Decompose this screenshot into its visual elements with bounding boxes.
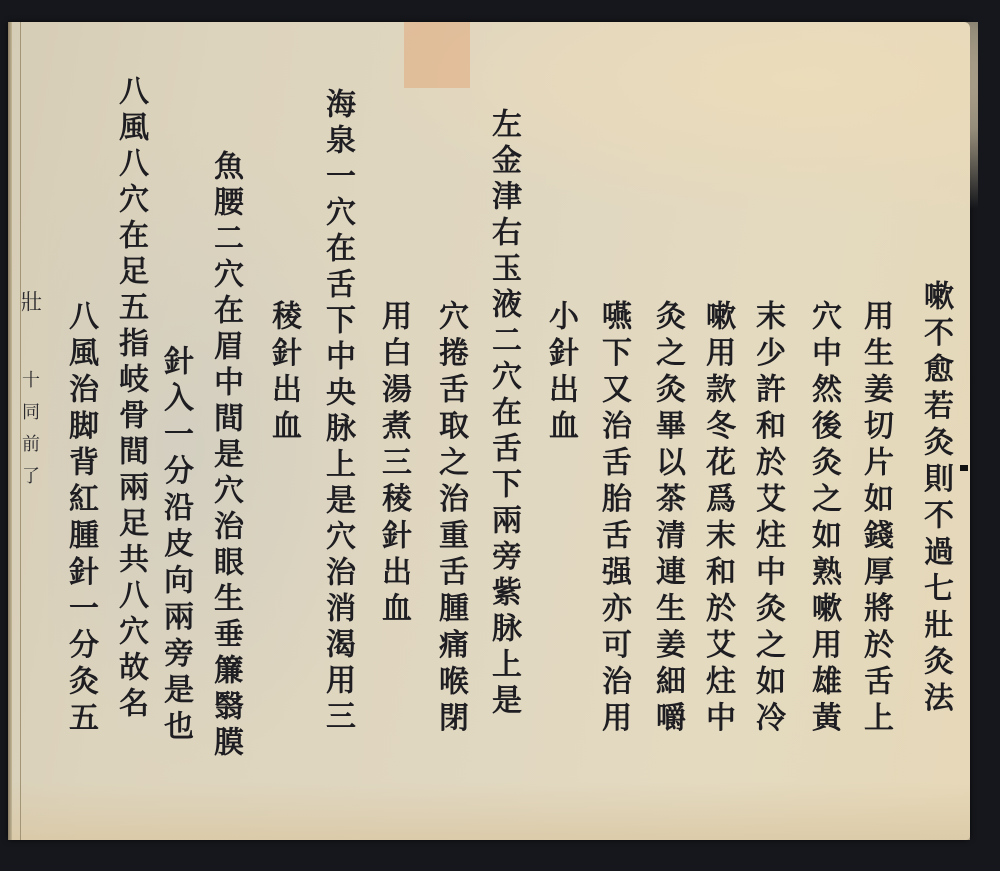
text-column-3: 穴中然後灸之如熟嗽用雄黃	[808, 300, 838, 738]
text-column-2: 用生姜切片如錢厚將於舌上	[860, 300, 890, 738]
seal-stamp-icon	[404, 22, 470, 88]
text-column-14: 魚腰二穴在眉中間是穴治眼生垂簾翳膜	[210, 150, 240, 762]
water-stain-top	[388, 22, 978, 212]
text-column-12: 海泉一穴在舌下中央脉上是穴治消渴用三	[322, 88, 352, 736]
text-column-15: 針入一分沿皮向兩旁是也	[160, 345, 190, 747]
binding-fold	[8, 22, 12, 840]
text-column-13: 稜針出血	[268, 300, 298, 446]
page-edge-mark	[960, 465, 968, 471]
text-column-9: 左金津右玉液二穴在舌下兩旁紫脉上是	[488, 108, 518, 720]
text-column-6: 灸之灸畢以茶清連生姜細嚼	[652, 300, 682, 738]
margin-note-same-as-before: 十同前了	[16, 370, 42, 498]
text-column-1: 嗽不愈若灸則不過七壯灸法	[920, 280, 950, 718]
text-column-10: 穴捲舌取之治重舌腫痛喉閉	[435, 300, 465, 738]
text-column-11: 用白湯煮三稜針出血	[378, 300, 408, 629]
text-column-16: 八風八穴在足五指岐骨間兩足共八穴故名	[115, 75, 145, 723]
text-column-7: 嚥下又治舌胎舌强亦可治用	[598, 300, 628, 738]
margin-note-zhuang: 壯	[14, 290, 45, 326]
text-column-8: 小針出血	[545, 300, 575, 446]
text-column-17: 八風治脚背紅腫針一分灸五	[65, 300, 95, 738]
text-column-4: 末少許和於艾炷中灸之如冷	[752, 300, 782, 738]
text-column-5: 嗽用款冬花爲末和於艾炷中	[702, 300, 732, 738]
edge-discoloration	[8, 782, 970, 840]
